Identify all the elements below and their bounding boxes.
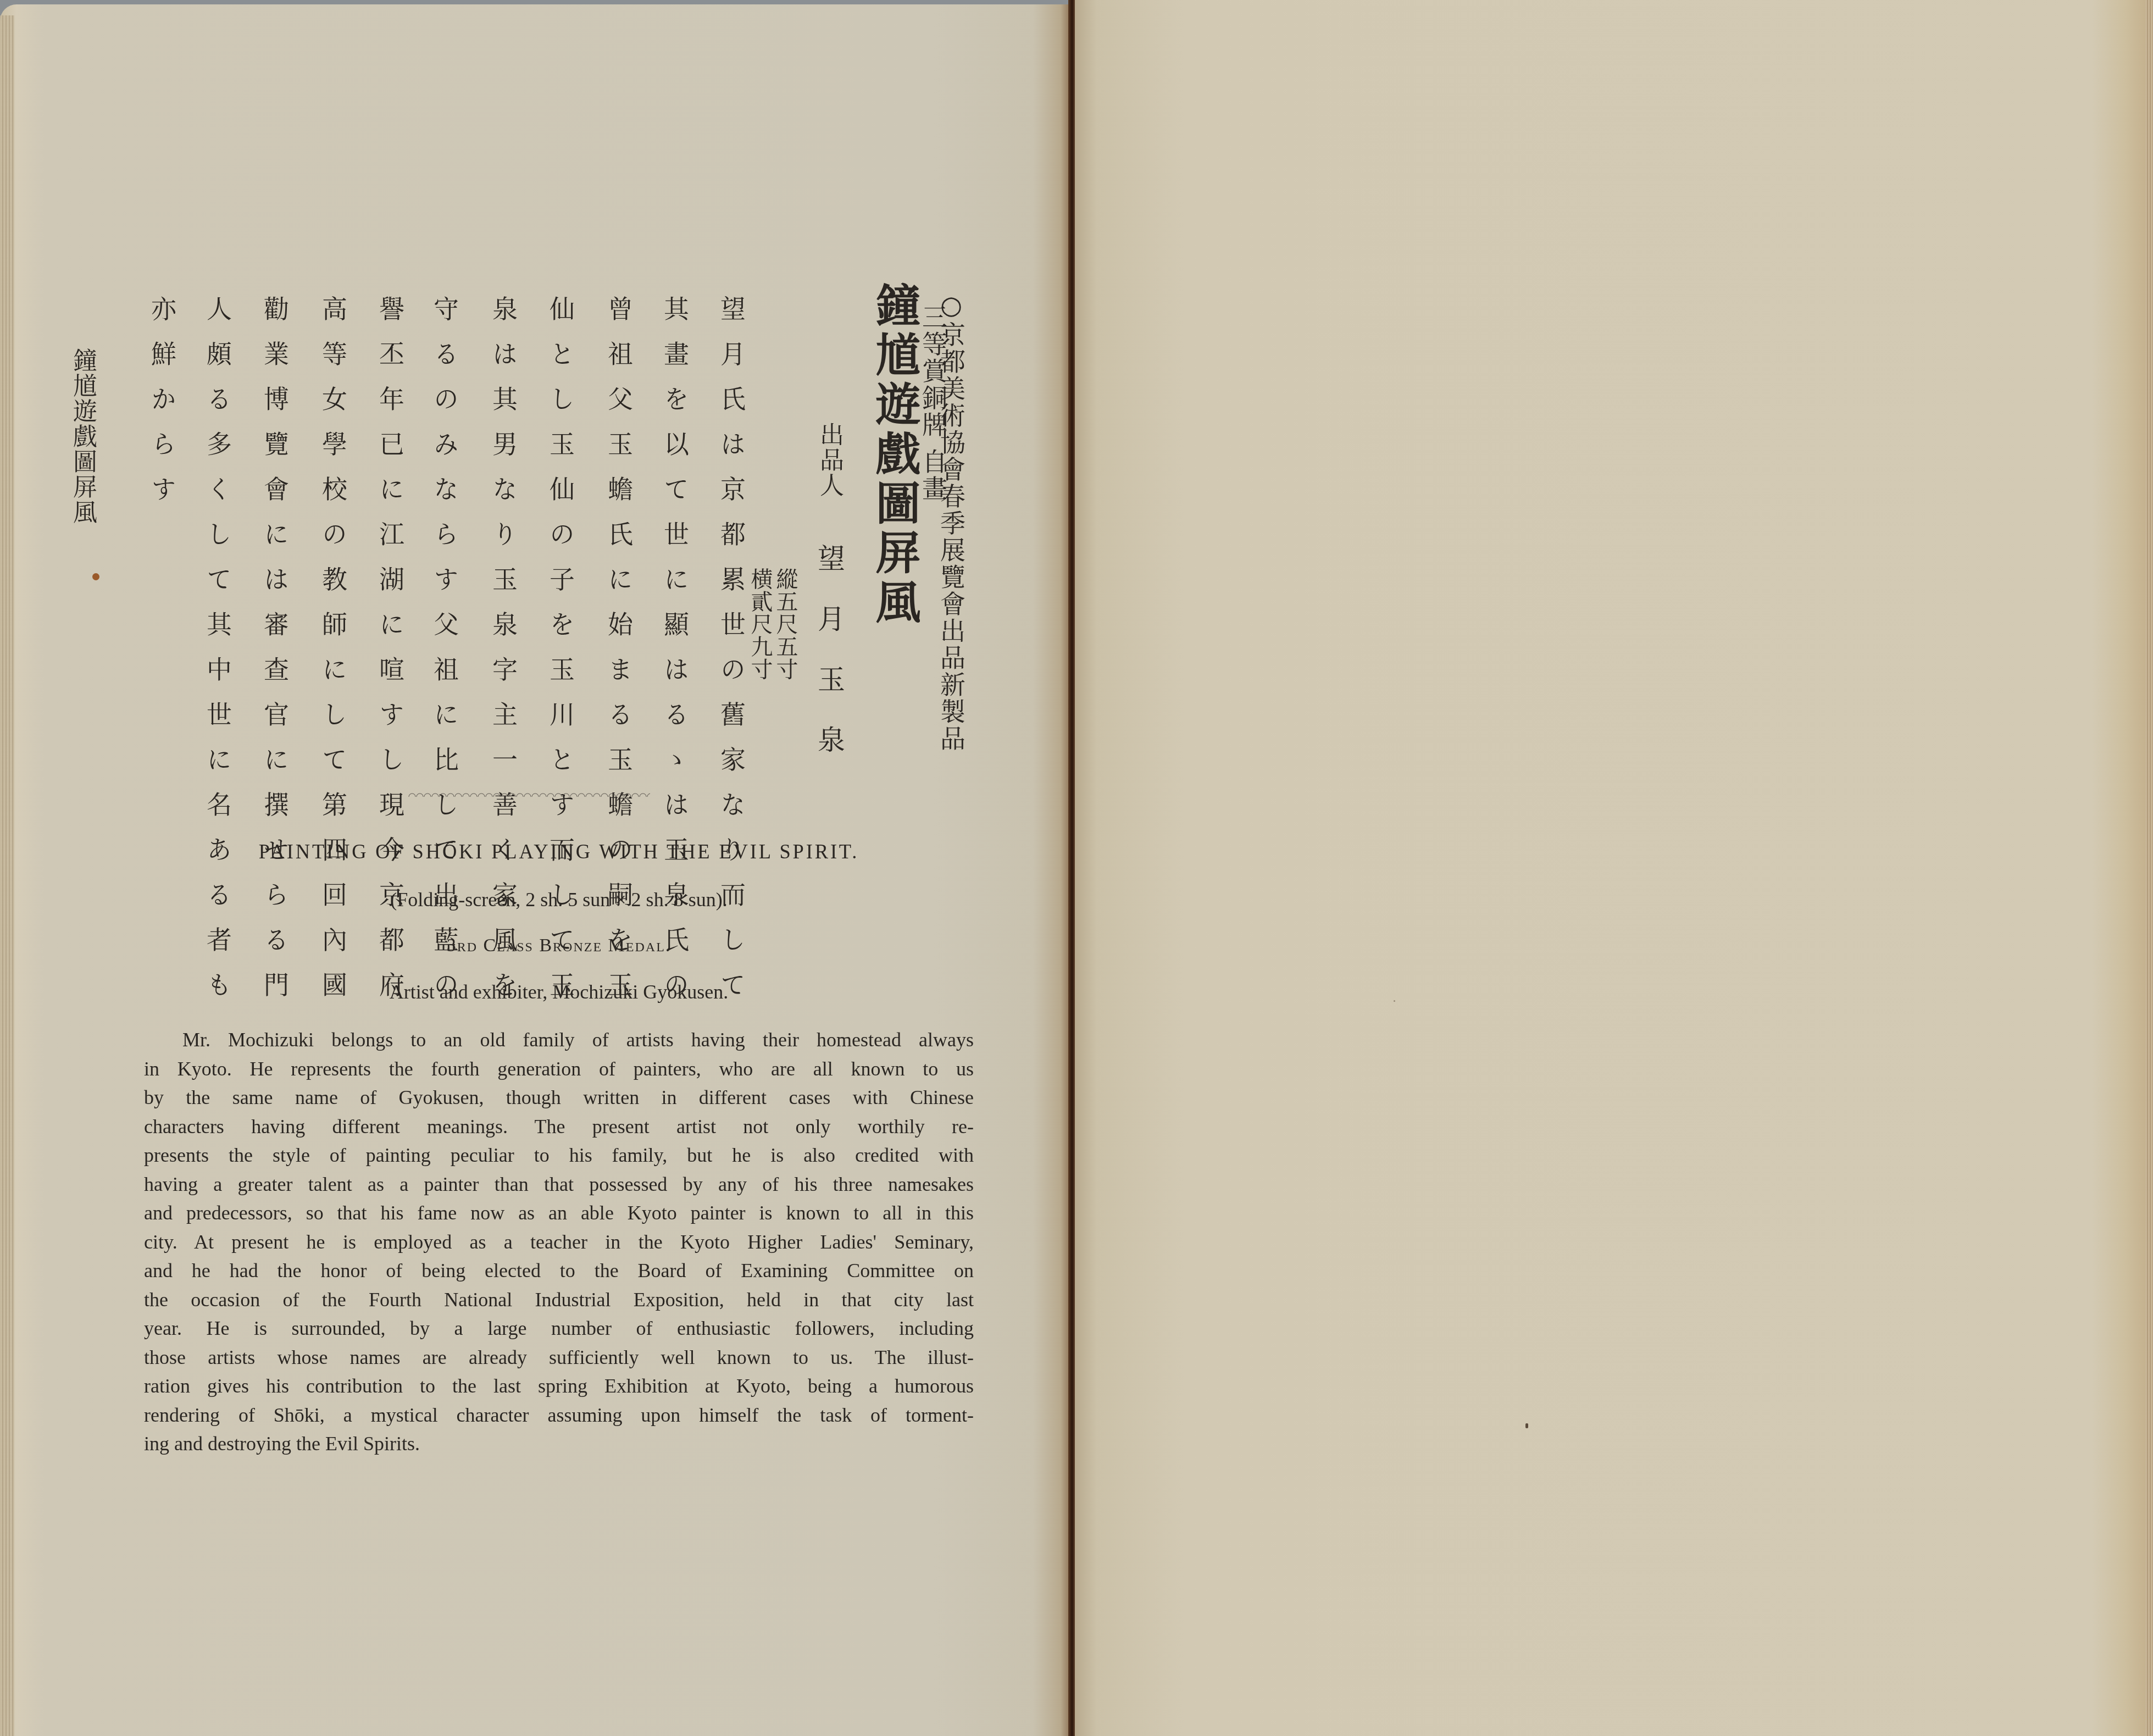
dimensions: 縱五尺五寸 横貳尺九寸 — [747, 568, 798, 680]
paper-speck — [1394, 1000, 1395, 1002]
paragraph-line: those artists whose names are already su… — [144, 1343, 974, 1372]
paragraph-line: characters having different meanings. Th… — [144, 1112, 974, 1141]
paragraph-line: rendering of Shōki, a mystical character… — [144, 1401, 974, 1430]
paragraph-line: city. At present he is employed as a tea… — [144, 1228, 974, 1257]
title-japanese: 鐘馗遊戲圖屏風 — [863, 282, 927, 628]
paragraph-line: presents the style of painting peculiar … — [144, 1141, 974, 1170]
paragraph-line: and he had the honor of being elected to… — [144, 1256, 974, 1285]
paragraph-line: ration gives his contribution to the las… — [144, 1372, 974, 1401]
paragraph-line: having a greater talent as a painter tha… — [144, 1170, 974, 1199]
page-edges — [0, 15, 14, 1736]
paragraph-line: Mr. Mochizuki belongs to an old family o… — [144, 1025, 974, 1055]
paragraph-line: ing and destroying the Evil Spirits. — [144, 1429, 974, 1458]
paragraph-line: the occasion of the Fourth National Indu… — [144, 1285, 974, 1315]
left-page: 鐘馗遊戲圖屏風 ○京都美術協會春季展覽會出品新製品 三等賞銅牌 自畫 鐘馗遊戲圖… — [0, 4, 1072, 1736]
body-column: 亦鮮からす — [144, 296, 180, 521]
paper-stain — [92, 573, 99, 580]
exhibitor-line: 出品人 望月玉泉 — [809, 422, 849, 786]
paragraph-line: in Kyoto. He represents the fourth gener… — [144, 1055, 974, 1084]
paragraph-line: year. He is surrounded, by a large numbe… — [144, 1314, 974, 1343]
paper-speck — [1525, 1423, 1528, 1428]
right-page-blank — [1075, 0, 2153, 1736]
running-head: 鐘馗遊戲圖屏風 — [65, 348, 100, 525]
exhibitor-name: 望月玉泉 — [813, 544, 845, 786]
medal-line: 3rd Class Bronze Medal. — [144, 935, 974, 956]
dimension-height: 縱五尺五寸 — [773, 568, 798, 680]
english-title: PAINTING OF SHŌKI PLAYING WITH THE EVIL … — [160, 840, 957, 864]
paragraph-line: and predecessors, so that his fame now a… — [144, 1199, 974, 1228]
dimension-width: 横貳尺九寸 — [747, 568, 773, 680]
english-subtitle: (Folding-screen, 2 sh. 5 sun × 2 sh. 8 s… — [144, 888, 974, 911]
book-spread: 鐘馗遊戲圖屏風 ○京都美術協會春季展覽會出品新製品 三等賞銅牌 自畫 鐘馗遊戲圖… — [0, 0, 2153, 1736]
page-edges — [2145, 0, 2153, 1736]
artist-line: Artist and exhibiter, Mochizuki Gyokusen… — [144, 980, 974, 1003]
exhibitor-label: 出品人 — [815, 422, 844, 498]
paragraph-line: by the same name of Gyokusen, though wri… — [144, 1083, 974, 1112]
english-section: PAINTING OF SHŌKI PLAYING WITH THE EVIL … — [144, 840, 974, 1458]
wavy-divider — [408, 789, 650, 797]
english-paragraph: Mr. Mochizuki belongs to an old family o… — [144, 1025, 974, 1458]
